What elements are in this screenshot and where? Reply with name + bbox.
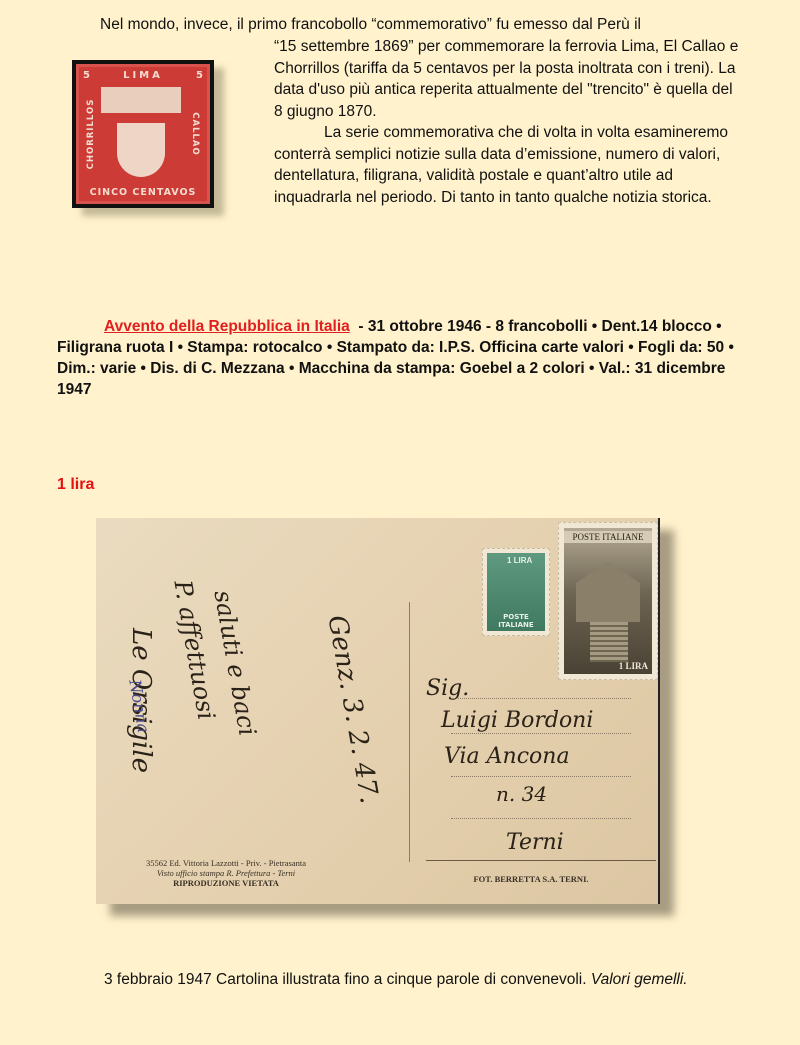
green-stamp: 1 LIRA POSTE ITALIANE <box>482 548 550 636</box>
green-stamp-label: POSTE ITALIANE <box>487 613 545 629</box>
brown-stamp: POSTE ITALIANE 1 LIRA <box>558 522 658 680</box>
imprint-line-2: Visto ufficio stampa R. Prefettura - Ter… <box>116 868 336 878</box>
brown-stamp-label: POSTE ITALIANE <box>564 531 652 543</box>
address-rule-3 <box>451 776 631 777</box>
imprint-line-3: RIPRODUZIONE VIETATA <box>116 878 336 888</box>
address-rule-5 <box>426 860 656 861</box>
address-rule-2 <box>451 733 631 734</box>
intro-paragraphs: “15 settembre 1869” per commemorare la f… <box>274 36 744 208</box>
imprint-line-1: 35562 Ed. Vittoria Lazzotti - Priv. - Pi… <box>116 858 336 868</box>
stamp-bottom-text: CINCO CENTAVOS <box>79 187 207 198</box>
stamp-right-text: CALLAO <box>190 104 200 164</box>
address-line-4: n. 34 <box>496 782 547 806</box>
intro-first-line: Nel mondo, invece, il primo francobollo … <box>100 14 740 36</box>
stairs-icon <box>590 622 628 662</box>
train-icon <box>101 87 181 113</box>
series-title-link[interactable]: Avvento della Repubblica in Italia <box>104 318 350 335</box>
address-line-3: Via Ancona <box>444 744 570 769</box>
caption-italic: Valori gemelli. <box>591 971 688 988</box>
postcard-imprint-right: FOT. BERRETTA S.A. TERNI. <box>456 874 606 884</box>
intro-paragraph-1: “15 settembre 1869” per commemorare la f… <box>274 36 744 122</box>
address-rule-1 <box>451 698 631 699</box>
shield-icon <box>117 123 165 177</box>
postcard-image: Le Orsigile P. affettuosi saluti e baci … <box>96 518 660 904</box>
stamp-numeral-right: 5 <box>196 70 203 81</box>
address-line-5: Terni <box>506 830 564 855</box>
caption-text: 3 febbraio 1947 Cartolina illustrata fin… <box>104 971 591 988</box>
address-rule-4 <box>451 818 631 819</box>
intro-paragraph-2: La serie commemorativa che di volta in v… <box>274 122 744 208</box>
cathedral-icon <box>576 562 640 622</box>
peru-stamp-image: 5 LIMA 5 CHORRILLOS CALLAO CINCO CENTAVO… <box>72 60 214 208</box>
postcard-caption: 3 febbraio 1947 Cartolina illustrata fin… <box>57 969 737 991</box>
postcard-imprint-left: 35562 Ed. Vittoria Lazzotti - Priv. - Pi… <box>116 858 336 888</box>
brown-stamp-value: 1 LIRA <box>619 661 648 671</box>
value-heading: 1 lira <box>57 476 94 494</box>
series-info: Avvento della Repubblica in Italia - 31 … <box>57 316 747 400</box>
green-stamp-value: 1 LIRA <box>507 556 532 565</box>
handwriting-date: Genz. 3. 2. 47. <box>321 613 384 806</box>
address-line-2: Luigi Bordoni <box>441 708 593 733</box>
stamp-left-text: CHORRILLOS <box>86 94 96 174</box>
stamp-top-text: LIMA <box>79 70 207 81</box>
postcard-divider <box>409 602 410 862</box>
